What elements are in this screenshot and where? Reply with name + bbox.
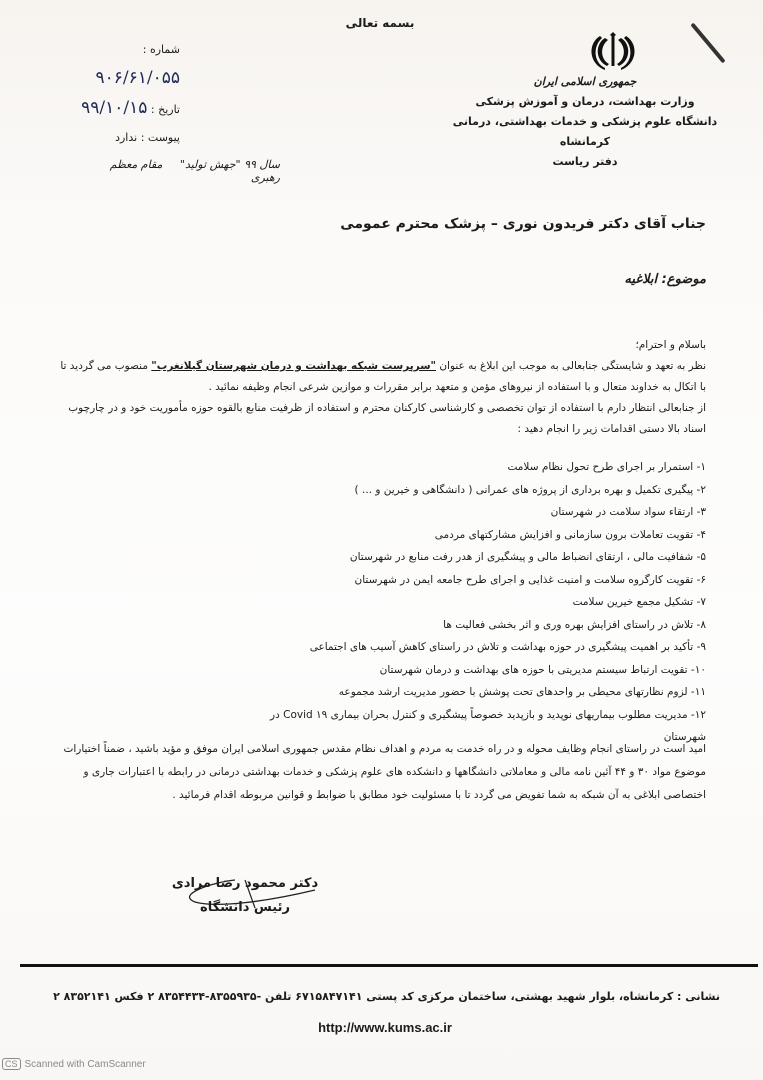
list-item: ۴- تقویت تعاملات برون سازمانی و افزایش م… (230, 524, 706, 547)
watermark-text: Scanned with CamScanner (25, 1059, 146, 1070)
number-value: ۹۰۶/۶۱/۰۵۵ (95, 68, 180, 88)
closing-paragraph: امید است در راستای انجام وظایف محوله و د… (60, 738, 706, 807)
date-value: ۹۹/۱۰/۱۵ (81, 98, 147, 118)
letter-body: باسلام و احترام؛ نظر به تعهد و شایستگی ج… (60, 335, 706, 440)
organization-header: جمهوری اسلامی ایران وزارت بهداشت، درمان … (440, 72, 730, 172)
list-item: ۸- تلاش در راستای افزایش بهره وری و اثر … (230, 614, 706, 637)
bismillah-heading: بسمه تعالی (330, 16, 430, 30)
footer-address: نشانی : کرمانشاه، بلوار شهید بهشتی، ساخت… (50, 990, 720, 1003)
university-name: دانشگاه علوم پزشکی و خدمات بهداشتی، درما… (440, 112, 730, 152)
appointment-title: "سرپرست شبکه بهداشت و درمان شهرستان گیلا… (151, 360, 436, 372)
attachment-value: ندارد (115, 131, 137, 144)
year-slogan: سال ۹۹ "جهش تولید" مقام معظم رهبری (80, 158, 280, 184)
attachment-row: پیوست : ندارد (60, 124, 180, 152)
ministry-name: وزارت بهداشت، درمان و آموزش پزشکی (440, 92, 730, 112)
greeting: باسلام و احترام؛ (60, 335, 706, 356)
signatory-title: رئیس دانشگاه (170, 896, 320, 920)
addressee: جناب آقای دکتر فریدون نوری – پزشک محترم … (200, 216, 706, 232)
intro-paragraph: نظر به تعهد و شایستگی جنابعالی به موجب ا… (60, 356, 706, 398)
list-item: ۶- تقویت کارگروه سلامت و امنیت غذایی و ا… (230, 569, 706, 592)
intro-paragraph-2: از جنابعالی انتظار دارم با استفاده از تو… (60, 398, 706, 440)
signature-block: دکتر محمود رضا مرادی رئیس دانشگاه (170, 872, 320, 920)
list-item: ۹- تأکید بر اهمیت پیشگیری در حوزه بهداشت… (230, 636, 706, 659)
number-row: شماره : ۹۰۶/۶۱/۰۵۵ (60, 36, 180, 94)
date-label: تاریخ : (151, 103, 180, 116)
list-item: ۱- استمرار بر اجرای طرح تحول نظام سلامت (230, 456, 706, 479)
number-label: شماره : (143, 43, 180, 56)
letter-meta: شماره : ۹۰۶/۶۱/۰۵۵ تاریخ : ۹۹/۱۰/۱۵ پیوس… (60, 36, 180, 152)
attachment-label: پیوست : (141, 131, 180, 144)
iran-emblem-icon (583, 28, 643, 74)
list-item: ۳- ارتقاء سواد سلامت در شهرستان (230, 501, 706, 524)
list-item: ۱۱- لزوم نظارتهای محیطی بر واحدهای تحت پ… (230, 681, 706, 704)
pen-mark (690, 23, 725, 64)
intro-text: نظر به تعهد و شایستگی جنابعالی به موجب ا… (436, 360, 706, 372)
subject: موضوع: ابلاغیه (500, 272, 706, 287)
date-row: تاریخ : ۹۹/۱۰/۱۵ (60, 94, 180, 124)
camscanner-icon: CS (2, 1058, 21, 1070)
signatory-name: دکتر محمود رضا مرادی (170, 872, 320, 896)
office-name: دفتر ریاست (440, 152, 730, 172)
footer-url[interactable]: http://www.kums.ac.ir (300, 1020, 470, 1035)
footer-divider (20, 964, 758, 967)
list-item: ۷- تشکیل مجمع خیرین سلامت (230, 591, 706, 614)
list-item: ۲- پیگیری تکمیل و بهره برداری از پروژه ه… (230, 479, 706, 502)
list-item: ۵- شفافیت مالی ، ارتقای انضباط مالی و پی… (230, 546, 706, 569)
slogan-text: سال ۹۹ "جهش تولید" (180, 158, 280, 171)
duties-list: ۱- استمرار بر اجرای طرح تحول نظام سلامت … (230, 456, 706, 749)
scanner-watermark: CS Scanned with CamScanner (2, 1058, 146, 1070)
list-item: ۱۰- تقویت ارتباط سیستم مدیریتی با حوزه ه… (230, 659, 706, 682)
country-name: جمهوری اسلامی ایران (440, 72, 730, 92)
